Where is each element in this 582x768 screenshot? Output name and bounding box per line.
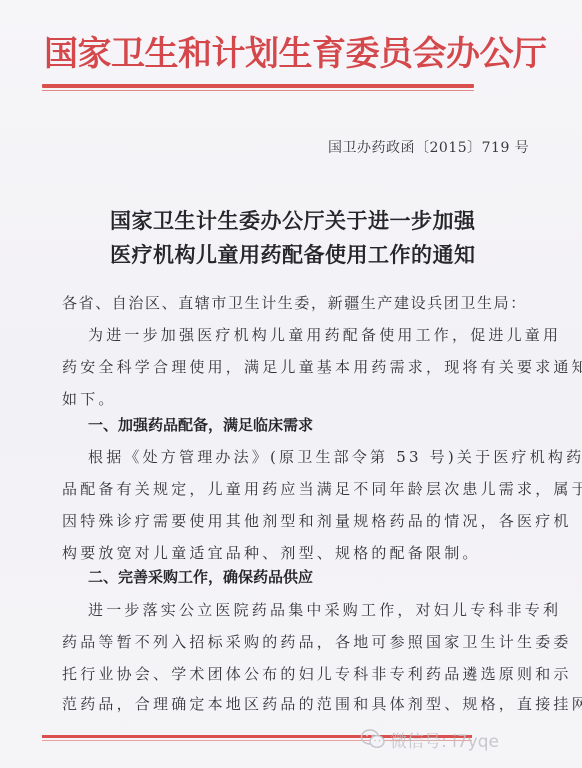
masthead-red-header: 国家卫生和计划生育委员会办公厅 xyxy=(44,34,544,74)
section-heading-1: 一、加强药品配备，满足临床需求 xyxy=(88,408,313,442)
section-1-line: 品配备有关规定，儿童用药应当满足不同年龄层次患儿需求，属于 xyxy=(62,472,582,506)
intro-line: 为进一步加强医疗机构儿童用药配备使用工作，促进儿童用 xyxy=(88,318,561,352)
masthead-red-rule-thin xyxy=(42,90,474,91)
watermark-text: 微信号: i7yqe xyxy=(390,727,499,752)
section-2-line: 药品等暂不列入招标采购的药品，各地可参照国家卫生计生委委 xyxy=(62,625,572,659)
document-title: 国家卫生计生委办公厅关于进一步加强 医疗机构儿童用药配备使用工作的通知 xyxy=(110,204,490,272)
title-line-2: 医疗机构儿童用药配备使用工作的通知 xyxy=(110,238,490,272)
section-2-line: 范药品，合理确定本地区药品的范围和具体剂型、规格，直接挂网 xyxy=(62,687,582,721)
document-page: 国家卫生和计划生育委员会办公厅 国卫办药政函〔2015〕719 号 国家卫生计生… xyxy=(0,0,582,768)
wechat-watermark: 微信号: i7yqe xyxy=(360,727,499,751)
addressee: 各省、自治区、直辖市卫生计生委，新疆生产建设兵团卫生局： xyxy=(62,286,527,320)
section-1-line: 根据《处方管理办法》(原卫生部令第 53 号)关于医疗机构药 xyxy=(88,440,582,474)
section-2-line: 托行业协会、学术团体公布的妇儿专科非专利药品遴选原则和示 xyxy=(62,657,572,691)
section-heading-2: 二、完善采购工作，确保药品供应 xyxy=(88,560,313,594)
wechat-icon xyxy=(360,728,386,750)
masthead-red-rule xyxy=(42,84,474,88)
title-line-1: 国家卫生计生委办公厅关于进一步加强 xyxy=(110,204,490,238)
section-2-line: 进一步落实公立医院药品集中采购工作，对妇儿专科非专利 xyxy=(88,593,561,627)
section-1-line: 因特殊诊疗需要使用其他剂型和剂量规格药品的情况，各医疗机 xyxy=(62,504,572,538)
document-number: 国卫办药政函〔2015〕719 号 xyxy=(328,137,529,157)
intro-line: 药安全科学合理使用，满足儿童基本用药需求，现将有关要求通知 xyxy=(62,350,582,384)
